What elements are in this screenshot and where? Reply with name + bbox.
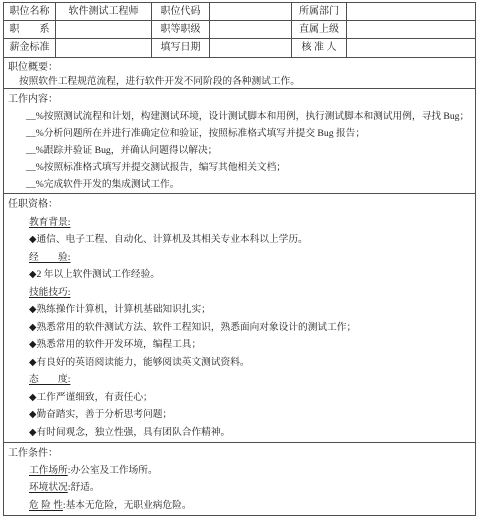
qualifications-section: 任职资格： 教育背景: ◆通信、电子工程、自动化、计算机及其相关专业本科以上学历…: [4, 194, 475, 443]
environment-value: :舒适。: [68, 482, 100, 493]
department-label: 所属部门: [292, 3, 347, 21]
summary-title: 职位概要：: [4, 60, 475, 75]
condition-item: 工作场所:办公室及工作场所。: [4, 462, 475, 479]
salary-standard-label: 薪金标准: [4, 39, 56, 57]
job-family-value: [56, 21, 152, 39]
position-name-label: 职位名称: [4, 3, 56, 21]
condition-item: 环境状况:舒适。: [4, 479, 475, 496]
qual-item: ◆通信、电子工程、自动化、计算机及其相关专业本科以上学历。: [4, 231, 475, 249]
workplace-value: :办公室及工作场所。: [68, 465, 158, 476]
qual-group-label: 态 度:: [4, 371, 475, 389]
condition-item: 危 险 性:基本无危险，无职业病危险。: [4, 497, 475, 514]
qual-item: ◆熟练操作计算机，计算机基础知识扎实；: [4, 301, 475, 319]
salary-standard-value: [56, 39, 152, 57]
job-family-label: 职 系: [4, 21, 56, 39]
environment-label: 环境状况: [29, 482, 68, 493]
fill-date-value: [210, 39, 292, 57]
qual-item: ◆熟悉常用的软件开发环境，编程工具；: [4, 336, 475, 354]
duties-section: 工作内容： __%按照测试流程和计划，构建测试环境，设计测试脚本和用例，执行测试…: [4, 89, 475, 194]
department-value: [347, 3, 475, 21]
qual-item: ◆勤奋踏实，善于分析思考问题；: [4, 406, 475, 424]
skills-label: 技能技巧:: [29, 287, 70, 298]
attitude-label: 态 度:: [29, 374, 70, 385]
duty-item: __%分析问题所在并进行准确定位和验证，按照标准格式填写并提交 Bug 报告；: [4, 125, 475, 142]
direct-supervisor-value: [347, 21, 475, 39]
job-grade-label: 职等职级: [152, 21, 210, 39]
qualifications-title: 任职资格：: [4, 196, 475, 214]
qual-item: ◆工作严谨细致，有责任心；: [4, 389, 475, 407]
position-code-label: 职位代码: [152, 3, 210, 21]
position-name-value: 软件测试工程师: [56, 3, 152, 21]
qual-group-label: 经 验:: [4, 249, 475, 267]
duty-item: __%按照标准格式填写并提交测试报告，编写其他相关文档；: [4, 159, 475, 176]
qual-group-label: 教育背景:: [4, 214, 475, 232]
hazard-label: 危 险 性: [29, 500, 63, 511]
duty-item: __%按照测试流程和计划，构建测试环境，设计测试脚本和用例，执行测试脚本和测试用…: [4, 108, 475, 125]
conditions-title: 工作条件：: [4, 445, 475, 462]
summary-section: 职位概要： 按照软件工程规范流程，进行软件开发不同阶段的各种测试工作。: [4, 58, 475, 89]
education-label: 教育背景:: [29, 217, 70, 228]
summary-text: 按照软件工程规范流程，进行软件开发不同阶段的各种测试工作。: [4, 75, 475, 89]
duties-title: 工作内容：: [4, 91, 475, 108]
header-table: 职位名称 软件测试工程师 职位代码 所属部门 职 系 职等职级 直属上级 薪金标…: [4, 3, 475, 58]
job-description-document: 职位名称 软件测试工程师 职位代码 所属部门 职 系 职等职级 直属上级 薪金标…: [0, 0, 479, 518]
position-code-value: [210, 3, 292, 21]
approver-label: 核 准 人: [292, 39, 347, 57]
workplace-label: 工作场所: [29, 465, 68, 476]
job-grade-value: [210, 21, 292, 39]
approver-value: [347, 39, 475, 57]
duty-item: __%完成软件开发的集成测试工作。: [4, 176, 475, 193]
experience-label: 经 验:: [29, 252, 70, 263]
hazard-value: :基本无危险，无职业病危险。: [63, 500, 192, 511]
qual-item: ◆熟悉常用的软件测试方法、软件工程知识，熟悉面向对象设计的测试工作；: [4, 319, 475, 337]
fill-date-label: 填写日期: [152, 39, 210, 57]
conditions-section: 工作条件： 工作场所:办公室及工作场所。 环境状况:舒适。 危 险 性:基本无危…: [4, 443, 475, 515]
duty-item: __%跟踪并验证 Bug，并确认问题得以解决；: [4, 142, 475, 159]
qual-item: ◆2 年以上软件测试工作经验。: [4, 266, 475, 284]
qual-group-label: 技能技巧:: [4, 284, 475, 302]
qual-item: ◆有良好的英语阅读能力，能够阅读英文测试资料。: [4, 354, 475, 372]
direct-supervisor-label: 直属上级: [292, 21, 347, 39]
qual-item: ◆有时间观念，独立性强，具有团队合作精神。: [4, 424, 475, 442]
document-frame: 职位名称 软件测试工程师 职位代码 所属部门 职 系 职等职级 直属上级 薪金标…: [3, 2, 476, 516]
